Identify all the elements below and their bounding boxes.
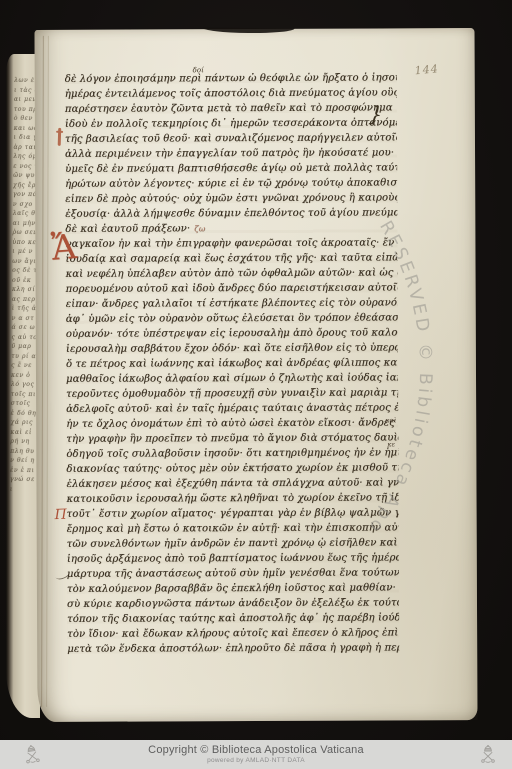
manuscript-line-text: διακονίας ταύτης· οὗτος μὲν οὖν ἐκτήσατο… [66,462,398,474]
manuscript-line: ἱερουσαλὴμ σαββάτου ἔχον ὁδόν· καὶ ὅτε ε… [66,342,398,358]
rubric-drop-cap: Ἄ [50,230,77,266]
manuscript-line-text: οὐρανόν· τότε ὑπέστρεψαν εἰς ἱερουσαλὴμ … [66,327,398,339]
manuscript-line: ἀδελφοῖς αὐτοῦ· καὶ ἐν ταῖς ἡμέραις ταύτ… [66,402,398,418]
manuscript-line: τόπον τῆς διακονίας ταύτης καὶ ἀποστολῆς… [67,612,399,628]
manuscript-line: ὅ τε πέτρος καὶ ἰωάννης καὶ ἰάκωβος καὶ … [66,357,398,373]
manuscript-line-text: δὲ λόγον ἐποιησάμην περὶ πάντων ὦ θεόφιλ… [65,72,397,84]
line-end-flourish: } [368,102,384,127]
manuscript-line-text: δὲ καὶ ἑαυτοῦ πράξεων· [65,223,190,235]
manuscript-line: τῶν συνελθόντων ἡμῖν ἀνδρῶν ἐν παντὶ χρό… [67,537,399,553]
manuscript-line: ἐλάκησεν μέσος καὶ ἐξεχύθη πάντα τὰ σπλά… [66,477,398,493]
manuscript-line: ἰησοῦς ἀρξάμενος ἀπὸ τοῦ βαπτίσματος ἰωά… [67,552,399,568]
manuscript-line: τοῦτ᾽ ἔστιν χωρίον αἵματος· γέγραπται γὰ… [67,507,399,523]
manuscript-line-text: ναγκαῖον ἦν καὶ τὴν ἐπιγραφὴν φανερῶσαι … [65,237,397,249]
manuscript-line-text: ἀφ᾽ ὑμῶν εἰς τὸν οὐρανὸν οὕτως ἐλεύσεται… [66,312,398,324]
manuscript-line-text: τὸν καλούμενον βαρσαββᾶν ὃς ἐπεκλήθη ἰοῦ… [67,582,399,594]
manuscript-line-text: τῶν συνελθόντων ἡμῖν ἀνδρῶν ἐν παντὶ χρό… [67,537,399,549]
manuscript-line: κατοικοῦσιν ἱερουσαλήμ ὥστε κληθῆναι τὸ … [67,492,399,508]
margin-note: καὶ [385,416,396,424]
manuscript-line-text: παρέστησεν ἑαυτὸν ζῶντα μετὰ τὸ παθεῖν κ… [65,102,393,114]
vatican-crest-icon [21,744,43,765]
manuscript-line-text: τὴν γραφὴν ἣν προεῖπεν τὸ πνεῦμα τὸ ἅγιο… [66,432,398,444]
manuscript-line: τὴν γραφὴν ἣν προεῖπεν τὸ πνεῦμα τὸ ἅγιο… [66,432,398,448]
manuscript-line: δὲ καὶ ἑαυτοῦ πράξεων·ζω [65,223,217,239]
manuscript-line-text: ἦν τε ὄχλος ὀνομάτων ἐπὶ τὸ αὐτὸ ὡσεὶ ἑκ… [66,417,398,429]
footer-copyright: Copyright © Biblioteca Apostolica Vatica… [0,744,512,756]
manuscript-line: ἰουδαίᾳ καὶ σαμαρείᾳ καὶ ἕως ἐσχάτου τῆς… [65,252,397,268]
manuscript-line: τὸν καλούμενον βαρσαββᾶν ὃς ἐπεκλήθη ἰοῦ… [67,582,399,598]
manuscript-line-text: ἰδοὺ ἐν πολλοῖς τεκμηρίοις δι᾽ ἡμερῶν τε… [65,117,397,129]
manuscript-line: ἦν τε ὄχλος ὀνομάτων ἐπὶ τὸ αὐτὸ ὡσεὶ ἑκ… [66,417,398,433]
footer-powered-by: powered by AMLAD·NTT DATA [0,757,512,764]
manuscript-line-text: τὸν ἴδιον· καὶ ἔδωκαν κλήρους αὐτοῖς καὶ… [67,627,399,639]
manuscript-line: ναγκαῖον ἦν καὶ τὴν ἐπιγραφὴν φανερῶσαι … [65,237,397,253]
manuscript-line: δὲ λόγον ἐποιησάμην περὶ πάντων ὦ θεόφιλ… [65,72,397,88]
manuscript-line-text: εἶπαν· ἄνδρες γαλιλαῖοι τί ἑστήκατε βλέπ… [66,297,398,309]
vatican-crest-icon [478,745,498,763]
manuscript-line: ὁδηγοῦ τοῖς συλλαβοῦσιν ἰησοῦν· ὅτι κατη… [66,447,398,463]
rubric-pi-initial: Π [54,507,66,523]
manuscript-line: τὸν ἴδιον· καὶ ἔδωκαν κλήρους αὐτοῖς καὶ… [67,627,399,643]
manuscript-line-text: κατοικοῦσιν ἱερουσαλήμ ὥστε κληθῆναι τὸ … [67,492,399,504]
manuscript-line: ὑμεῖς δὲ ἐν πνεύματι βαπτισθήσεσθε ἁγίῳ … [65,162,397,178]
manuscript-scan-viewer: λων ἐπι τὰς σαι μεν του πρὸ θεν και ωσι … [0,0,512,769]
manuscript-line-text: τῆς βασιλείας τοῦ θεοῦ· καὶ συναλιζόμενο… [65,132,397,144]
rubric-end-mark: ζω [194,224,205,233]
manuscript-line-text: ἠρώτων αὐτὸν λέγοντες· κύριε εἰ ἐν τῷ χρ… [65,177,397,189]
book-photo: λων ἐπι τὰς σαι μεν του πρὸ θεν και ωσι … [6,26,470,724]
margin-note: κε [387,440,395,448]
manuscript-line-text: μάρτυρα τῆς ἀναστάσεως αὐτοῦ σὺν ἡμῖν γε… [67,567,399,579]
manuscript-line-text: τοῦτ᾽ ἔστιν χωρίον αἵματος· γέγραπται γὰ… [67,507,399,519]
folio-number: 144 [414,62,439,77]
manuscript-line: τῆς βασιλείας τοῦ θεοῦ· καὶ συναλιζόμενο… [65,132,397,148]
manuscript-line-text: ἀλλὰ περιμένειν τὴν ἐπαγγελίαν τοῦ πατρὸ… [65,147,397,159]
manuscript-line-text: ἀδελφοῖς αὐτοῦ· καὶ ἐν ταῖς ἡμέραις ταύτ… [66,402,398,414]
manuscript-page: 144 δοί δὲ λόγον ἐποιησάμην περὶ πάντων … [34,28,477,722]
manuscript-line: ἔρημος καὶ μὴ ἔστω ὁ κατοικῶν ἐν αὐτῇ· κ… [67,522,399,538]
manuscript-line: καὶ νεφέλη ὑπέλαβεν αὐτὸν ἀπὸ τῶν ὀφθαλμ… [66,267,398,283]
manuscript-line-text: τεροῦντες ὁμοθυμαδὸν τῇ προσευχῇ σὺν γυν… [66,387,398,399]
page-top-shadow [202,28,294,34]
manuscript-line: ἠρώτων αὐτὸν λέγοντες· κύριε εἰ ἐν τῷ χρ… [65,177,397,193]
rubric-paragraph-mark [58,128,62,146]
manuscript-line: ἰδοὺ ἐν πολλοῖς τεκμηρίοις δι᾽ ἡμερῶν τε… [65,117,397,133]
manuscript-line-text: ἰησοῦς ἀρξάμενος ἀπὸ τοῦ βαπτίσματος ἰωά… [67,552,399,564]
manuscript-line: εἶπαν· ἄνδρες γαλιλαῖοι τί ἑστήκατε βλέπ… [66,297,398,313]
manuscript-line-text: εἶπεν δὲ πρὸς αὐτούς· οὐχ ὑμῶν ἐστι γνῶν… [65,192,397,204]
manuscript-line-text: ὅ τε πέτρος καὶ ἰωάννης καὶ ἰάκωβος καὶ … [66,357,398,369]
manuscript-line-text: ὑμεῖς δὲ ἐν πνεύματι βαπτισθήσεσθε ἁγίῳ … [65,162,397,174]
page-edge-line [46,36,49,707]
manuscript-line-text: ἱερουσαλὴμ σαββάτου ἔχον ὁδόν· καὶ ὅτε ε… [66,342,398,354]
manuscript-line: ἡμέρας ἐντειλάμενος τοῖς ἀποστόλοις διὰ … [65,87,397,103]
manuscript-line: σὺ κύριε καρδιογνῶστα πάντων ἀνάδειξον ὃ… [67,597,399,613]
manuscript-line-text: ἐξουσίᾳ· ἀλλὰ λήμψεσθε δύναμιν ἐπελθόντο… [65,207,397,219]
manuscript-textblock: δὲ λόγον ἐποιησάμην περὶ πάντων ὦ θεόφιλ… [65,72,400,661]
manuscript-line: μετὰ τῶν ἕνδεκα ἀποστόλων· ἐπληροῦτο δὲ … [67,642,399,658]
manuscript-line: ἀλλὰ περιμένειν τὴν ἐπαγγελίαν τοῦ πατρὸ… [65,147,397,163]
manuscript-line: ἐξουσίᾳ· ἀλλὰ λήμψεσθε δύναμιν ἐπελθόντο… [65,207,397,223]
manuscript-line: παρέστησεν ἑαυτὸν ζῶντα μετὰ τὸ παθεῖν κ… [65,102,397,118]
manuscript-line-text: ἔρημος καὶ μὴ ἔστω ὁ κατοικῶν ἐν αὐτῇ· κ… [67,522,399,534]
manuscript-line-text: πορευομένου αὐτοῦ καὶ ἰδοὺ ἄνδρες δύο πα… [66,282,398,294]
footer-bar: Copyright © Biblioteca Apostolica Vatica… [0,740,512,769]
manuscript-line-text: ἡμέρας ἐντειλάμενος τοῖς ἀποστόλοις διὰ … [65,87,397,99]
manuscript-line: ἀφ᾽ ὑμῶν εἰς τὸν οὐρανὸν οὕτως ἐλεύσεται… [66,312,398,328]
manuscript-line: πορευομένου αὐτοῦ καὶ ἰδοὺ ἄνδρες δύο πα… [66,282,398,298]
manuscript-line-text: τόπον τῆς διακονίας ταύτης καὶ ἀποστολῆς… [67,612,399,624]
manuscript-line-text: σὺ κύριε καρδιογνῶστα πάντων ἀνάδειξον ὃ… [67,597,399,609]
manuscript-line: οὐρανόν· τότε ὑπέστρεψαν εἰς ἱερουσαλὴμ … [66,327,398,343]
manuscript-line: μαθθαῖος ἰάκωβος ἁλφαίου καὶ σίμων ὁ ζηλ… [66,372,398,388]
manuscript-line-text: ἰουδαίᾳ καὶ σαμαρείᾳ καὶ ἕως ἐσχάτου τῆς… [65,252,397,264]
manuscript-line-text: μαθθαῖος ἰάκωβος ἁλφαίου καὶ σίμων ὁ ζηλ… [66,372,398,384]
page-edge-line [41,36,44,707]
manuscript-line: τεροῦντες ὁμοθυμαδὸν τῇ προσευχῇ σὺν γυν… [66,387,398,403]
manuscript-line-text: καὶ νεφέλη ὑπέλαβεν αὐτὸν ἀπὸ τῶν ὀφθαλμ… [66,267,398,279]
manuscript-line-text: ἐλάκησεν μέσος καὶ ἐξεχύθη πάντα τὰ σπλά… [66,477,398,489]
manuscript-line-text: μετὰ τῶν ἕνδεκα ἀποστόλων· ἐπληροῦτο δὲ … [67,642,399,654]
manuscript-line: διακονίας ταύτης· οὗτος μὲν οὖν ἐκτήσατο… [66,462,398,478]
manuscript-line: μάρτυρα τῆς ἀναστάσεως αὐτοῦ σὺν ἡμῖν γε… [67,567,399,583]
manuscript-line-text: ὁδηγοῦ τοῖς συλλαβοῦσιν ἰησοῦν· ὅτι κατη… [66,447,398,459]
manuscript-line: εἶπεν δὲ πρὸς αὐτούς· οὐχ ὑμῶν ἐστι γνῶν… [65,192,397,208]
